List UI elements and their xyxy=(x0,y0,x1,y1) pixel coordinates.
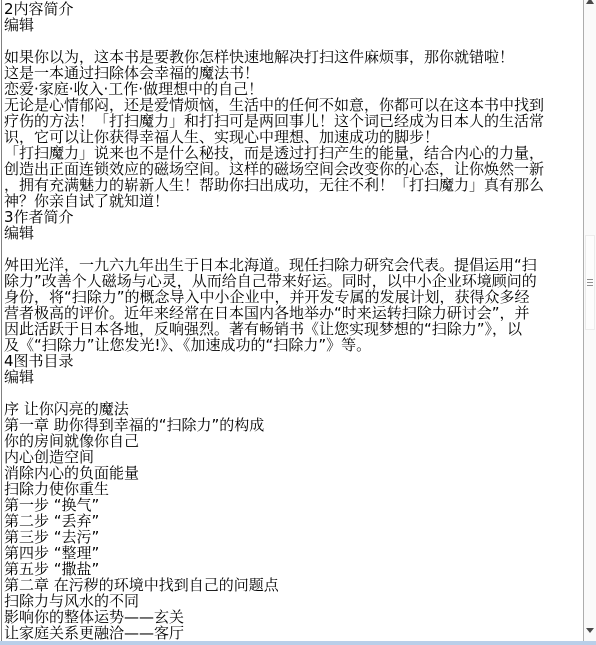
toc-line: 让家庭关系更融洽——客厅 xyxy=(4,625,582,641)
paragraph-line: ，拥有充满魅力的崭新人生！帮助你扫出成功，无往不利！「打扫魔力」真有那么 xyxy=(4,177,582,193)
toc-line: 第一步 “换气” xyxy=(4,497,582,513)
edit-link[interactable]: 编辑 xyxy=(4,225,582,241)
edit-link[interactable]: 编辑 xyxy=(4,17,582,33)
paragraph-line: 无论是心情郁闷，还是爱情烦恼，生活中的任何不如意，你都可以在这本书中找到 xyxy=(4,97,582,113)
toc-line: 内心创造空间 xyxy=(4,449,582,465)
toc-line: 序 让你闪亮的魔法 xyxy=(4,401,582,417)
section-book-catalog: 4图书目录 编辑 序 让你闪亮的魔法第一章 助你得到幸福的“扫除力”的构成你的房… xyxy=(4,353,582,641)
toc-line: 你的房间就像你自己 xyxy=(4,433,582,449)
paragraph-line: 身份，将“扫除力”的概念导入中小企业中，并开发专属的发展计划，获得众多经 xyxy=(4,289,582,305)
toc-line: 影响你的整体运势——玄关 xyxy=(4,609,582,625)
page: 2内容简介 编辑 如果你以为，这本书是要教你怎样快速地解决打扫这件麻烦事，那你就… xyxy=(0,0,596,645)
toc-line: 第三步 “去污” xyxy=(4,529,582,545)
section-heading-author-intro: 3作者简介 xyxy=(4,209,582,225)
scrollbar-thumb[interactable] xyxy=(585,235,595,330)
toc-line: 第五步 “撒盐” xyxy=(4,561,582,577)
paragraph-line: 除力”改善个人磁场与心灵，从而给自己带来好运。同时，以中小企业环境顾问的 xyxy=(4,273,582,289)
blank-line xyxy=(4,385,582,401)
paragraph-line: 恋爱·家庭·收入·工作·做理想中的自己！ xyxy=(4,81,582,97)
toc-line: 第二章 在污秽的环境中找到自己的问题点 xyxy=(4,577,582,593)
section-author-intro: 3作者简介 编辑 舛田光洋，一九六九年出生于日本北海道。现任扫除力研究会代表。提… xyxy=(4,209,582,353)
section-heading-book-catalog: 4图书目录 xyxy=(4,353,582,369)
toc-line: 扫除力使你重生 xyxy=(4,481,582,497)
article-text: 2内容简介 编辑 如果你以为，这本书是要教你怎样快速地解决打扫这件麻烦事，那你就… xyxy=(4,1,582,641)
edit-link[interactable]: 编辑 xyxy=(4,369,582,385)
toc-line: 第二步 “丢弃” xyxy=(4,513,582,529)
frame-bottom-border xyxy=(0,641,596,645)
book-catalog-list: 序 让你闪亮的魔法第一章 助你得到幸福的“扫除力”的构成你的房间就像你自己内心创… xyxy=(4,401,582,641)
paragraph-line: 识，它可以让你获得幸福人生、实现心中理想、加速成功的脚步！ xyxy=(4,129,582,145)
author-intro-paragraph: 舛田光洋，一九六九年出生于日本北海道。现任扫除力研究会代表。提倡运用“扫除力”改… xyxy=(4,257,582,353)
section-heading-content-intro: 2内容简介 xyxy=(4,1,582,17)
paragraph-line: 舛田光洋，一九六九年出生于日本北海道。现任扫除力研究会代表。提倡运用“扫 xyxy=(4,257,582,273)
blank-line xyxy=(4,241,582,257)
blank-line xyxy=(4,33,582,49)
content-intro-paragraph: 如果你以为，这本书是要教你怎样快速地解决打扫这件麻烦事，那你就错啦！这是一本通过… xyxy=(4,49,582,209)
paragraph-line: 神？你亲自试了就知道！ xyxy=(4,193,582,209)
paragraph-line: 创造出正面连锁效应的磁场空间。这样的磁场空间会改变你的心态，让你焕然一新 xyxy=(4,161,582,177)
paragraph-line: 疗伤的方法！「打扫魔力」和打扫可是两回事儿！这个词已经成为日本人的生活常 xyxy=(4,113,582,129)
toc-line: 消除内心的负面能量 xyxy=(4,465,582,481)
paragraph-line: 因此活跃于日本各地，反响强烈。著有畅销书《让您实现梦想的“扫除力”》，以 xyxy=(4,321,582,337)
paragraph-line: 如果你以为，这本书是要教你怎样快速地解决打扫这件麻烦事，那你就错啦！ xyxy=(4,49,582,65)
frame-left-border xyxy=(1,0,2,641)
paragraph-line: 这是一本通过扫除体会幸福的魔法书！ xyxy=(4,65,582,81)
section-content-intro: 2内容简介 编辑 如果你以为，这本书是要教你怎样快速地解决打扫这件麻烦事，那你就… xyxy=(4,1,582,209)
paragraph-line: 及《“扫除力”让您发光!》、《加速成功的“扫除力”》等。 xyxy=(4,337,582,353)
scroll-up-arrow-icon[interactable] xyxy=(584,0,596,10)
scrollbar-grip-icon xyxy=(587,279,593,288)
vertical-scrollbar[interactable] xyxy=(583,0,596,641)
scroll-down-arrow-icon[interactable] xyxy=(584,628,596,638)
paragraph-line: 「打扫魔力」说来也不是什么秘技，而是透过打扫产生的能量，结合内心的力量， xyxy=(4,145,582,161)
paragraph-line: 营者极高的评价。近年来经常在日本国内各地举办“时来运转扫除力研讨会”，并 xyxy=(4,305,582,321)
toc-line: 第一章 助你得到幸福的“扫除力”的构成 xyxy=(4,417,582,433)
toc-line: 扫除力与风水的不同 xyxy=(4,593,582,609)
toc-line: 第四步 “整理” xyxy=(4,545,582,561)
